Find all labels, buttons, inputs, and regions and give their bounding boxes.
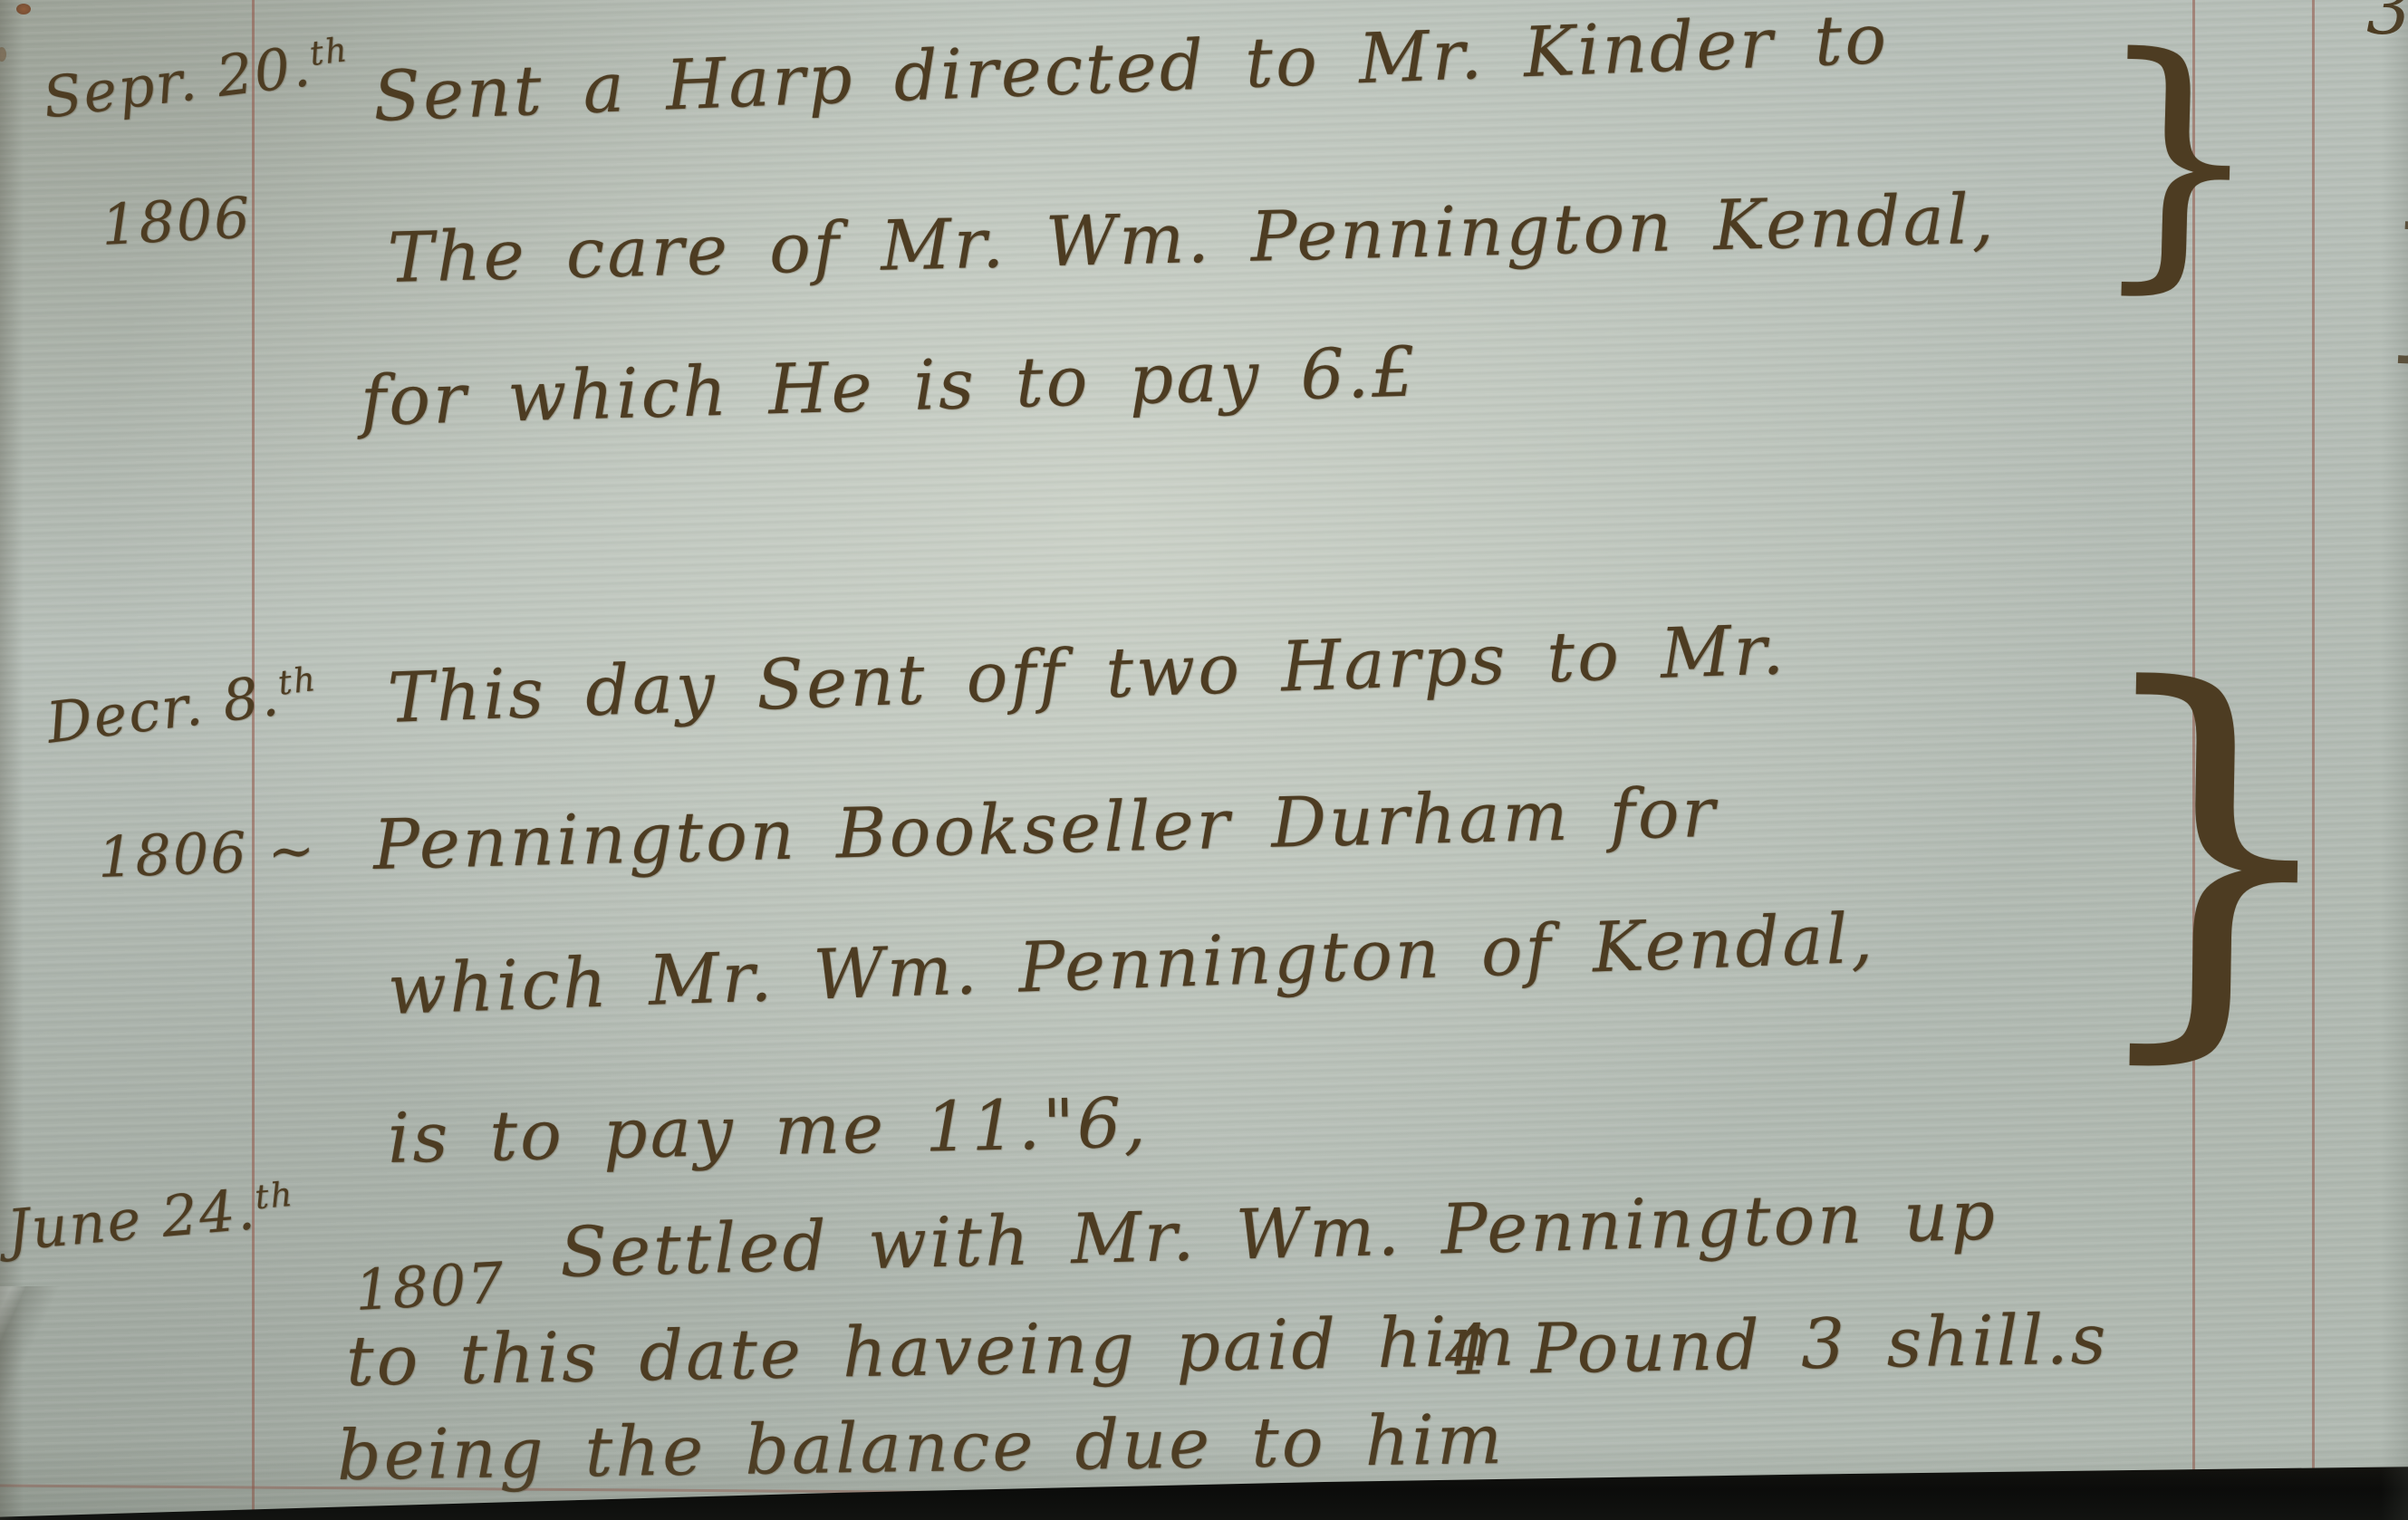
entry-3-line-2: to this date haveing paid him bbox=[345, 1300, 1517, 1401]
entry-2-line-3: which Mr. Wm. Pennington of Kendal, bbox=[386, 898, 1876, 1030]
entry-1-date-monthday: Sepr. 20. bbox=[40, 33, 315, 131]
entry-3-date-year: 1807 bbox=[353, 1249, 506, 1323]
date-column-rule bbox=[252, 0, 255, 1520]
entry-2-line-2: Pennington Bookseller Durham for bbox=[372, 772, 1719, 885]
entry-2-date-year: 1806 ~ bbox=[97, 817, 318, 890]
page-number-fragment: 3 bbox=[2366, 0, 2408, 51]
entry-2-line-4: is to pay me 11."6, bbox=[387, 1082, 1149, 1178]
entry-1-line-2: The care of Mr. Wm. Pennington Kendal, bbox=[387, 178, 1997, 298]
ledger-page: Sepr. 20.th 1806 Sent a Harp directed to… bbox=[0, 0, 2408, 1520]
entry-2-date-ordinal: th bbox=[275, 659, 319, 703]
entry-3-line-1: Settled with Mr. Wm. Pennington up bbox=[559, 1174, 1999, 1293]
entry-2-closing-brace: } bbox=[2076, 635, 2355, 1065]
entry-1-date: Sepr. 20.th bbox=[40, 28, 354, 131]
entry-1-line-3: for which He is to pay 6.£ bbox=[360, 331, 1420, 441]
entry-1-closing-brace: } bbox=[2087, 22, 2268, 298]
entry-2-date: Decr. 8.th bbox=[43, 658, 323, 756]
ink-stain bbox=[16, 4, 31, 14]
ink-stain bbox=[0, 47, 6, 62]
entry-3-date-ordinal: th bbox=[254, 1174, 296, 1217]
entry-1-line-1: Sent a Harp directed to Mr. Kinder to bbox=[371, 0, 1890, 137]
page-corner-crease bbox=[0, 1286, 272, 1513]
entry-3-line-3: being the balance due to him bbox=[336, 1399, 1505, 1496]
entry-1-date-year: 1806 bbox=[100, 184, 253, 258]
right-edge-brace-fragment: } bbox=[2378, 195, 2408, 379]
entry-3-date-monthday: June 24. bbox=[5, 1176, 259, 1264]
entry-2-date-monthday: Decr. 8. bbox=[43, 662, 284, 756]
entry-3-amount: 4 Pound 3 shill.s bbox=[1444, 1298, 2109, 1390]
entry-2-line-1: This day Sent off two Harps to Mr. bbox=[386, 609, 1787, 738]
entry-1-date-ordinal: th bbox=[307, 29, 351, 73]
